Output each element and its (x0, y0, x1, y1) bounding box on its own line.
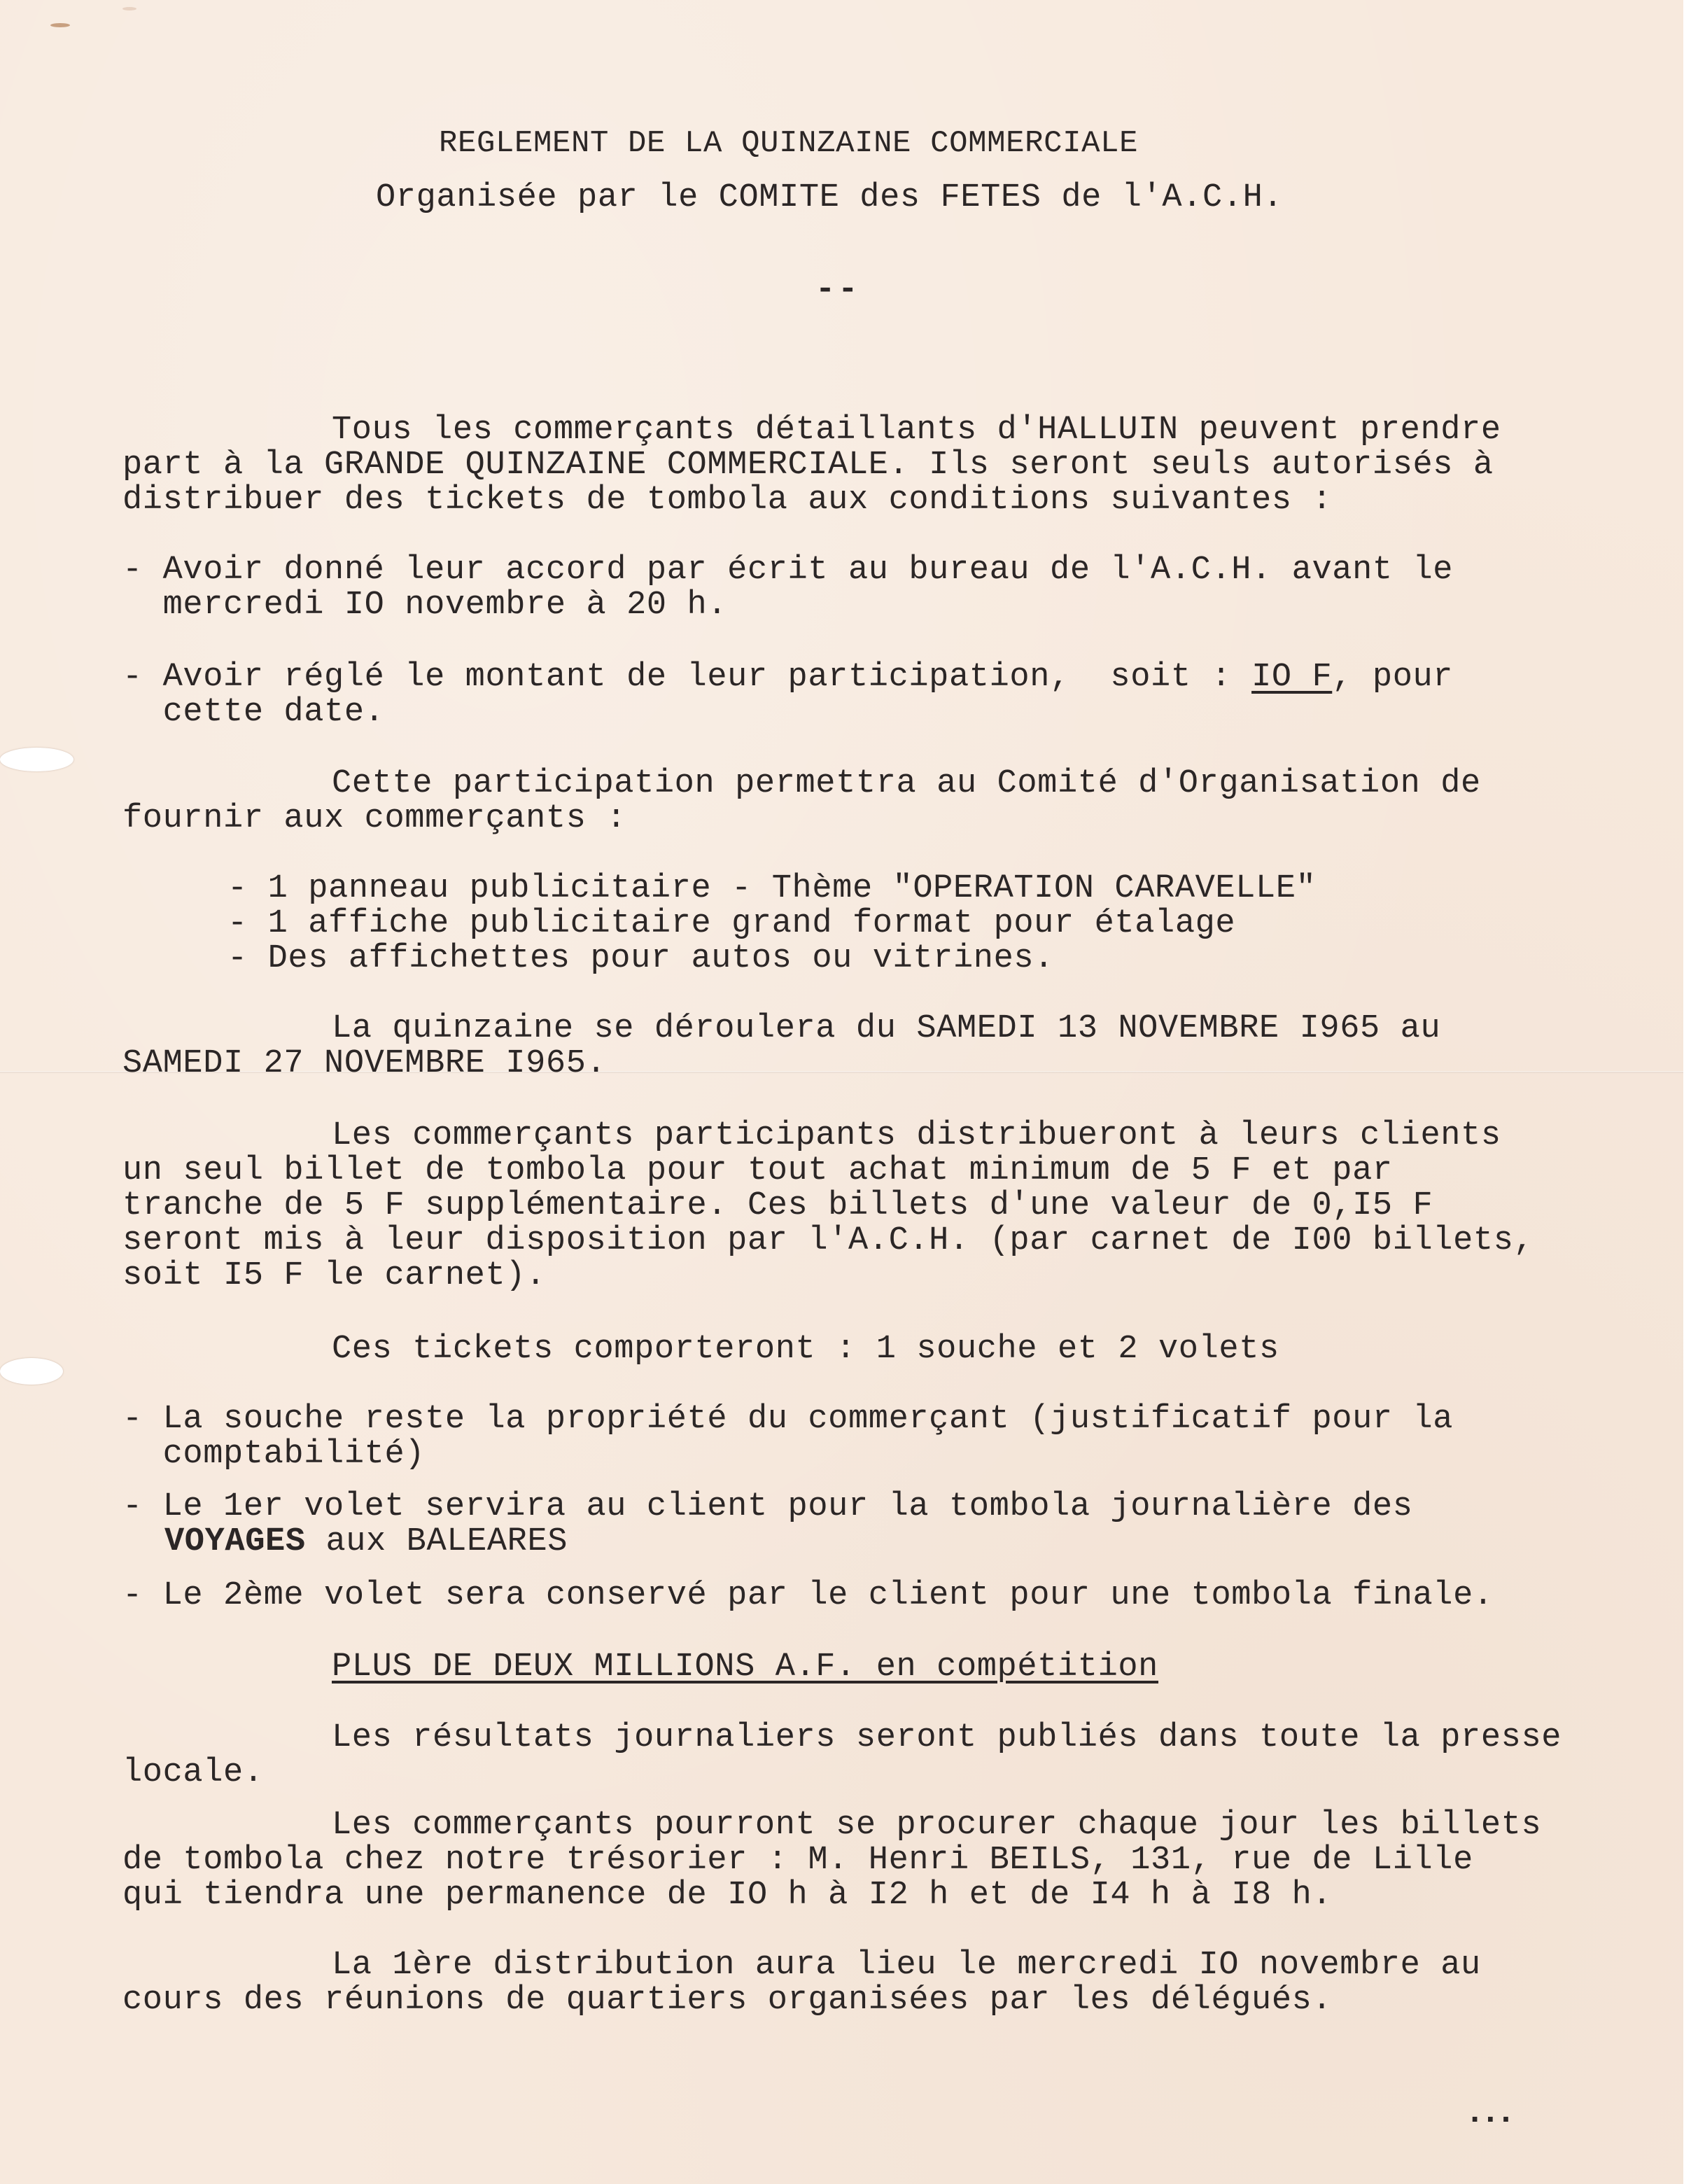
supply-item: - Des affichettes pour autos ou vitrines… (227, 941, 1054, 976)
supply-item: - 1 panneau publicitaire - Thème "OPERAT… (227, 871, 1316, 906)
destination-label: aux BALEARES (306, 1523, 568, 1560)
distribution-line-5: soit I5 F le carnet). (122, 1259, 546, 1294)
first-distribution-line-2: cours des réunions de quartiers organisé… (122, 1983, 1332, 2018)
condition-2-line-2: cette date. (122, 695, 384, 730)
condition-1-line-2: mercredi IO novembre à 20 h. (122, 588, 727, 623)
prize-heading: PLUS DE DEUX MILLIONS A.F. en compétitio… (332, 1650, 1158, 1685)
paper-page: REGLEMENT DE LA QUINZAINE COMMERCIALE Or… (0, 0, 1683, 2184)
participation-fee: IO F (1251, 659, 1332, 696)
condition-2-text: - Avoir réglé le montant de leur partici… (122, 659, 1251, 696)
voyages-label: VOYAGES (164, 1523, 306, 1560)
ticket-part-3-line-1: - Le 2ème volet sera conservé par le cli… (122, 1578, 1494, 1613)
distribution-line-4: seront mis à leur disposition par l'A.C.… (122, 1224, 1534, 1259)
condition-2-line-1: - Avoir réglé le montant de leur partici… (122, 660, 1453, 695)
intro-line-1: Tous les commerçants détaillants d'HALLU… (332, 413, 1501, 448)
dates-line-1: La quinzaine se déroulera du SAMEDI 13 N… (332, 1011, 1440, 1046)
ticket-part-2-line-1: - Le 1er volet servira au client pour la… (122, 1490, 1413, 1525)
intro-line-3: distribuer des tickets de tombola aux co… (122, 483, 1332, 518)
title-separator: -- (815, 272, 860, 309)
ticket-part-2-line-2: VOYAGES aux BALEARES (164, 1525, 568, 1560)
distribution-line-2: un seul billet de tombola pour tout acha… (122, 1154, 1393, 1189)
punch-hole (0, 1358, 63, 1385)
condition-1-line-1: - Avoir donné leur accord par écrit au b… (122, 553, 1453, 588)
document-subtitle: Organisée par le COMITE des FETES de l'A… (376, 181, 1283, 216)
paper-stain (50, 23, 70, 27)
ticket-part-1-line-2: comptabilité) (122, 1437, 425, 1472)
treasurer-line-1: Les commerçants pourront se procurer cha… (332, 1808, 1541, 1843)
document-title: REGLEMENT DE LA QUINZAINE COMMERCIALE (439, 126, 1138, 161)
treasurer-line-2: de tombola chez notre trésorier : M. Hen… (122, 1843, 1473, 1878)
intro-line-2: part à la GRANDE QUINZAINE COMMERCIALE. … (122, 448, 1494, 483)
results-line-2: locale. (122, 1756, 264, 1791)
participation-line-1: Cette participation permettra au Comité … (332, 766, 1481, 801)
continuation-mark: ... (1465, 2096, 1512, 2131)
supply-item: - 1 affiche publicitaire grand format po… (227, 906, 1235, 941)
first-distribution-line-1: La 1ère distribution aura lieu le mercre… (332, 1948, 1481, 1983)
paper-stain (122, 7, 136, 10)
results-line-1: Les résultats journaliers seront publiés… (332, 1721, 1562, 1756)
tickets-intro: Ces tickets comporteront : 1 souche et 2… (332, 1332, 1279, 1367)
dates-line-2: SAMEDI 27 NOVEMBRE I965. (122, 1046, 606, 1081)
treasurer-line-3: qui tiendra une permanence de IO h à I2 … (122, 1878, 1332, 1913)
punch-hole (0, 748, 73, 771)
ticket-part-1-line-1: - La souche reste la propriété du commer… (122, 1402, 1453, 1437)
participation-line-2: fournir aux commerçants : (122, 801, 626, 836)
distribution-line-1: Les commerçants participants distribuero… (332, 1119, 1501, 1154)
condition-2-text-end: , pour (1332, 659, 1453, 696)
distribution-line-3: tranche de 5 F supplémentaire. Ces bille… (122, 1189, 1433, 1224)
